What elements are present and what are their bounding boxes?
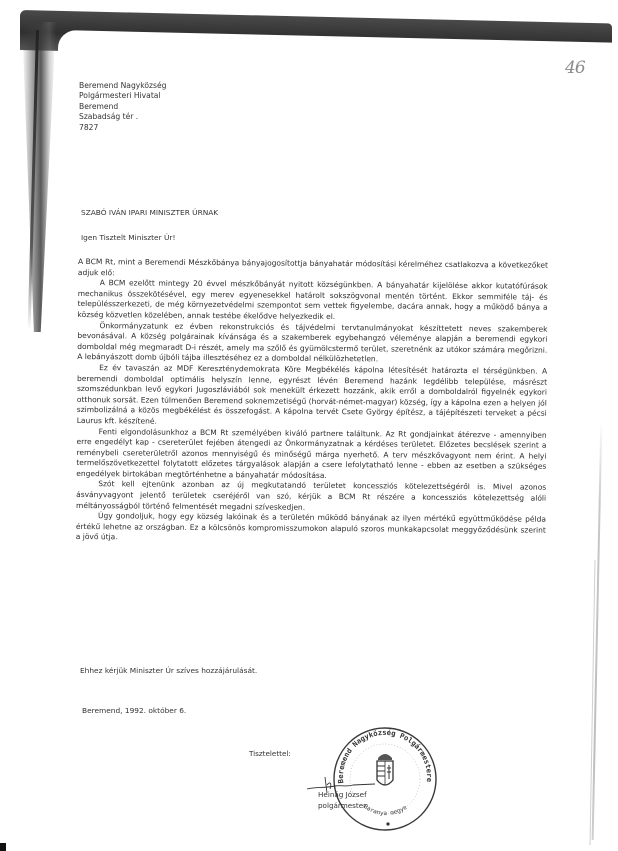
svg-text:Baranya megye: Baranya megye (362, 803, 409, 817)
scan-left-shadow (22, 22, 56, 332)
salutation: Igen Tisztelt Miniszter Úr! (81, 233, 175, 242)
addressee: SZABÓ IVÁN IPARI MINISZTER ÚRNAK (81, 208, 218, 217)
handwritten-page-number: 46 (565, 58, 585, 78)
paragraph: Önkormányzatunk ez évben rekonstrukciós … (77, 321, 547, 367)
sender-address: Beremend Nagyközség Polgármesteri Hivata… (79, 81, 166, 133)
paragraph: Szót kell ejtenünk azonban az új megkuta… (76, 479, 546, 514)
sender-line: Beremend (79, 102, 166, 112)
sender-line: Polgármesteri Hivatal (79, 91, 166, 101)
signer-name: Heinág József (318, 790, 367, 799)
paragraph: Fenti elgondolásunkhoz a BCM Rt személyé… (76, 426, 546, 483)
paragraph: A BCM ezelőtt mintegy 20 évvel mészkőbán… (78, 278, 548, 324)
letter-body: A BCM Rt, mint a Beremendi Mészkőbánya b… (76, 257, 548, 547)
regards: Tisztelettel: (249, 749, 291, 758)
sender-line: 7827 (79, 123, 166, 133)
closing-request: Ehhez kérjük Miniszter Úr szíves hozzájá… (80, 666, 257, 675)
sender-line: Beremend Nagyközség (79, 81, 166, 91)
paragraph: Úgy gondoljuk, hogy egy község lakóinak … (76, 511, 546, 546)
signer-title: polgármester (318, 801, 366, 810)
date-line: Beremend, 1992. október 6. (82, 706, 186, 715)
sender-line: Szabadság tér . (79, 112, 166, 122)
scan-corner-mark (0, 843, 6, 851)
paragraph: Ez év tavaszán az MDF Kereszténydemokrat… (77, 363, 547, 430)
